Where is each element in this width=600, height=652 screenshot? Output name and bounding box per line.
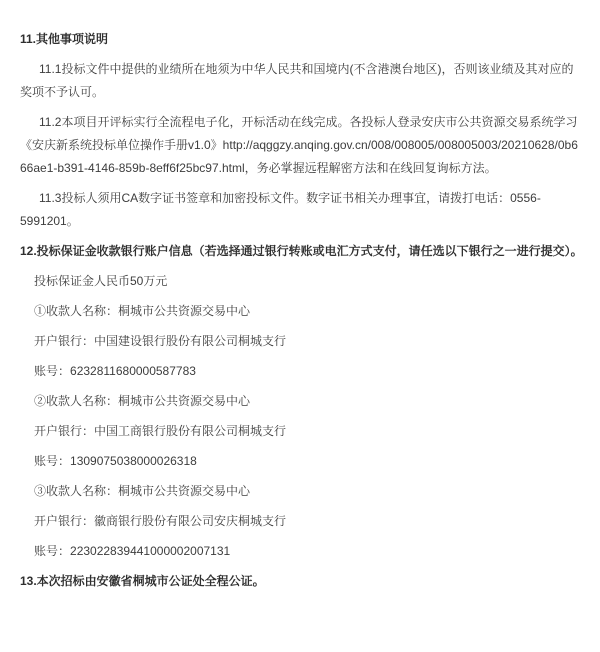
account-1-number: 账号：6232811680000587783: [34, 360, 583, 383]
account-number-value: 1309075038000026318: [70, 454, 197, 468]
payee-label: ②收款人名称：: [34, 394, 118, 408]
bank-value: 中国工商银行股份有限公司桐城支行: [94, 424, 286, 438]
clause-11-2: 11.2本项目开评标实行全流程电子化，开标活动在线完成。各投标人登录安庆市公共资…: [20, 111, 583, 180]
payee-value: 桐城市公共资源交易中心: [118, 484, 250, 498]
clause-11-1: 11.1投标文件中提供的业绩所在地须为中华人民共和国境内(不含港澳台地区)，否则…: [20, 58, 583, 104]
account-2-bank: 开户银行：中国工商银行股份有限公司桐城支行: [34, 420, 583, 443]
account-number-value: 6232811680000587783: [70, 364, 196, 378]
section-11-heading: 11.其他事项说明: [20, 28, 583, 51]
account-3-payee: ③收款人名称：桐城市公共资源交易中心: [34, 480, 583, 503]
account-number-label: 账号：: [34, 544, 70, 558]
payee-label: ③收款人名称：: [34, 484, 118, 498]
bank-label: 开户银行：: [34, 424, 94, 438]
bank-label: 开户银行：: [34, 334, 94, 348]
account-3-bank: 开户银行：徽商银行股份有限公司安庆桐城支行: [34, 510, 583, 533]
account-2-number: 账号：1309075038000026318: [34, 450, 583, 473]
bank-value: 中国建设银行股份有限公司桐城支行: [94, 334, 286, 348]
bank-label: 开户银行：: [34, 514, 94, 528]
section-13-heading: 13.本次招标由安徽省桐城市公证处全程公证。: [20, 570, 583, 593]
account-1-bank: 开户银行：中国建设银行股份有限公司桐城支行: [34, 330, 583, 353]
payee-label: ①收款人名称：: [34, 304, 118, 318]
account-3-number: 账号：223022839441000002007131: [34, 540, 583, 563]
section-12-heading: 12.投标保证金收款银行账户信息（若选择通过银行转账或电汇方式支付，请任选以下银…: [20, 240, 583, 263]
deposit-amount: 投标保证金人民币50万元: [34, 270, 583, 293]
document-page: 11.其他事项说明 11.1投标文件中提供的业绩所在地须为中华人民共和国境内(不…: [0, 0, 600, 652]
payee-value: 桐城市公共资源交易中心: [118, 304, 250, 318]
bank-value: 徽商银行股份有限公司安庆桐城支行: [94, 514, 286, 528]
account-number-label: 账号：: [34, 454, 70, 468]
clause-11-3: 11.3投标人须用CA数字证书签章和加密投标文件。数字证书相关办理事宜，请拨打电…: [20, 187, 583, 233]
account-number-label: 账号：: [34, 364, 70, 378]
account-2-payee: ②收款人名称：桐城市公共资源交易中心: [34, 390, 583, 413]
payee-value: 桐城市公共资源交易中心: [118, 394, 250, 408]
account-number-value: 223022839441000002007131: [70, 544, 230, 558]
account-1-payee: ①收款人名称：桐城市公共资源交易中心: [34, 300, 583, 323]
